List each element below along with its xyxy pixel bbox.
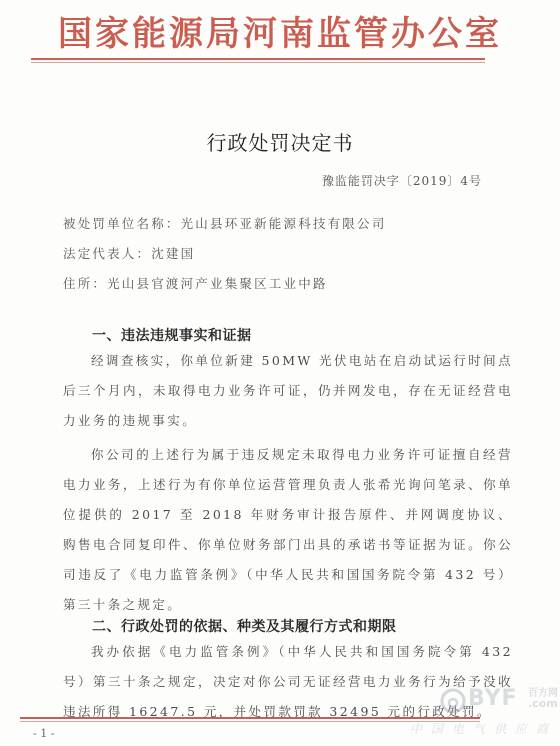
legal-representative: 法定代表人：沈建国	[63, 244, 195, 262]
document-number: 豫监能罚决字〔2019〕4号	[322, 172, 482, 189]
watermark-subtitle: 中国电气供应商	[410, 720, 557, 737]
footer-divider	[20, 717, 480, 719]
section-1-paragraph-2: 你公司的上述行为属于违反规定未取得电力业务许可证擅自经营电力业务，上述行为有你单…	[63, 440, 513, 620]
watermark-brand: BYF	[468, 686, 518, 711]
section-1-heading: 一、违法违规事实和证据	[92, 325, 252, 345]
byf-logo-icon	[440, 688, 466, 714]
watermark: BYF 百方网 .com 中国电气供应商	[440, 686, 558, 744]
address: 住所：光山县官渡河产业集聚区工业中路	[63, 274, 328, 292]
page-number: - 1 -	[33, 727, 54, 740]
letterhead-org-name: 国家能源局河南监管办公室	[0, 6, 560, 55]
document-title: 行政处罚决定书	[0, 127, 560, 156]
penalized-unit: 被处罚单位名称：光山县环亚新能源科技有限公司	[63, 214, 386, 232]
section-1-paragraph-1: 经调查核实，你单位新建 50MW 光伏电站在启动试运行时间点后三个月内，未取得电…	[63, 346, 513, 436]
watermark-domain: .com	[528, 697, 558, 710]
letterhead-divider-thin	[31, 62, 485, 63]
section-2-heading: 二、行政处罚的依据、种类及其履行方式和期限	[92, 616, 397, 636]
letterhead-divider	[31, 58, 485, 60]
